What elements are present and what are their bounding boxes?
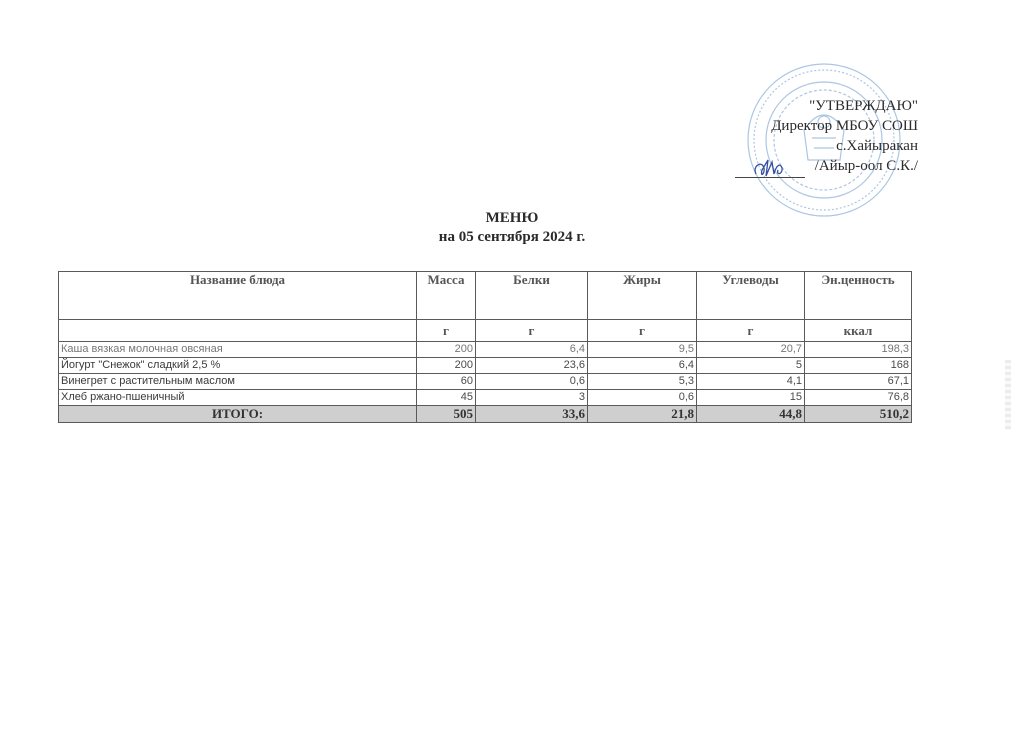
signature-icon — [752, 156, 788, 182]
unit-fat: г — [588, 320, 697, 342]
unit-protein: г — [476, 320, 588, 342]
total-mass: 505 — [417, 406, 476, 423]
table-header-row: Название блюда Масса Белки Жиры Углеводы… — [59, 272, 912, 320]
header-fat: Жиры — [588, 272, 697, 320]
unit-carbs: г — [697, 320, 805, 342]
table-units-row: г г г г ккал — [59, 320, 912, 342]
dish-fat: 5,3 — [588, 374, 697, 390]
approval-heading: "УТВЕРЖДАЮ" — [771, 96, 918, 116]
unit-dish-name — [59, 320, 417, 342]
menu-table: Название блюда Масса Белки Жиры Углеводы… — [58, 271, 912, 423]
unit-mass: г — [417, 320, 476, 342]
dish-protein: 6,4 — [476, 342, 588, 358]
dish-energy: 168 — [805, 358, 912, 374]
dish-fat: 6,4 — [588, 358, 697, 374]
document-title: МЕНЮ на 05 сентября 2024 г. — [0, 209, 1024, 247]
table-row: Винегрет с растительным маслом 60 0,6 5,… — [59, 374, 912, 390]
dish-name: Каша вязкая молочная овсяная — [59, 342, 417, 358]
scan-edge-mark — [1005, 360, 1011, 430]
dish-energy: 76,8 — [805, 390, 912, 406]
dish-carbs: 15 — [697, 390, 805, 406]
dish-protein: 23,6 — [476, 358, 588, 374]
dish-energy: 67,1 — [805, 374, 912, 390]
approval-name: /Айыр-оол С.К./ — [771, 156, 918, 176]
table-row: Каша вязкая молочная овсяная 200 6,4 9,5… — [59, 342, 912, 358]
menu-date: на 05 сентября 2024 г. — [0, 228, 1024, 247]
total-energy: 510,2 — [805, 406, 912, 423]
header-protein: Белки — [476, 272, 588, 320]
dish-carbs: 4,1 — [697, 374, 805, 390]
dish-mass: 45 — [417, 390, 476, 406]
total-label: ИТОГО: — [59, 406, 417, 423]
dish-protein: 0,6 — [476, 374, 588, 390]
header-energy: Эн.ценность — [805, 272, 912, 320]
dish-protein: 3 — [476, 390, 588, 406]
approval-position: Директор МБОУ СОШ — [771, 116, 918, 136]
table-total-row: ИТОГО: 505 33,6 21,8 44,8 510,2 — [59, 406, 912, 423]
dish-energy: 198,3 — [805, 342, 912, 358]
dish-name: Винегрет с растительным маслом — [59, 374, 417, 390]
dish-fat: 0,6 — [588, 390, 697, 406]
approval-location: с.Хайыракан — [771, 136, 918, 156]
header-dish-name: Название блюда — [59, 272, 417, 320]
menu-heading: МЕНЮ — [0, 209, 1024, 228]
header-carbs: Углеводы — [697, 272, 805, 320]
dish-mass: 60 — [417, 374, 476, 390]
header-mass: Масса — [417, 272, 476, 320]
total-carbs: 44,8 — [697, 406, 805, 423]
dish-carbs: 20,7 — [697, 342, 805, 358]
total-protein: 33,6 — [476, 406, 588, 423]
dish-name: Йогурт "Снежок" сладкий 2,5 % — [59, 358, 417, 374]
total-fat: 21,8 — [588, 406, 697, 423]
dish-name: Хлеб ржано-пшеничный — [59, 390, 417, 406]
table-row: Йогурт "Снежок" сладкий 2,5 % 200 23,6 6… — [59, 358, 912, 374]
dish-fat: 9,5 — [588, 342, 697, 358]
unit-energy: ккал — [805, 320, 912, 342]
dish-carbs: 5 — [697, 358, 805, 374]
approval-block: "УТВЕРЖДАЮ" Директор МБОУ СОШ с.Хайырака… — [771, 96, 918, 176]
dish-mass: 200 — [417, 342, 476, 358]
table-row: Хлеб ржано-пшеничный 45 3 0,6 15 76,8 — [59, 390, 912, 406]
dish-mass: 200 — [417, 358, 476, 374]
